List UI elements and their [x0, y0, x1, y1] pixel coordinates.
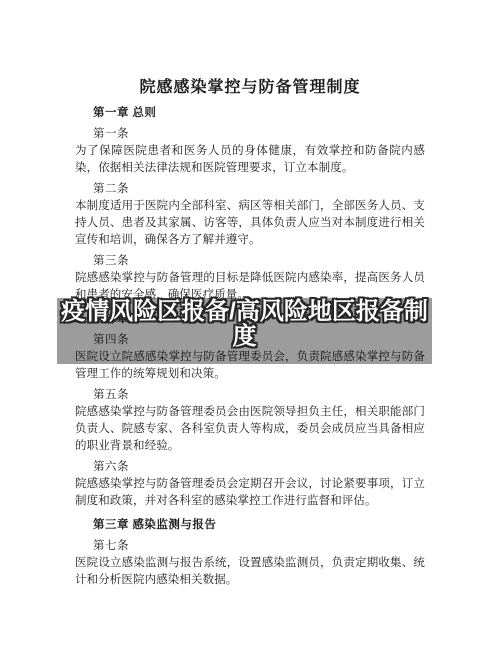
- document-title: 院感感染掌控与防备管理制度: [75, 78, 425, 98]
- article-5: 第五条 院感感染掌控与防备管理委员会由医院领导担负主任，相关职能部门负责人、院感…: [75, 387, 425, 455]
- document-content: 院感感染掌控与防备管理制度 第一章 总则 第一条 为了保障医院患者和医务人员的身…: [75, 0, 425, 589]
- chapter-heading-3: 第三章 感染监测与报告: [75, 517, 425, 534]
- watermark-banner: 疫情风险区报备/高风险地区报备制 度: [57, 298, 432, 364]
- article-1: 第一条 为了保障医院患者和医务人员的身体健康，有效掌控和防备院内感染，依据相关法…: [75, 126, 425, 177]
- article-body: 本制度适用于医院内全部科室、病区等相关部门，全部医务人员、支持人员、患者及其家属…: [75, 198, 425, 249]
- article-6: 第六条 院感感染掌控与防备管理委员会定期召开会议，讨论紧要事项，订立制度和政策，…: [75, 459, 425, 510]
- article-label: 第二条: [75, 181, 425, 198]
- article-body: 院感感染掌控与防备管理委员会定期召开会议，讨论紧要事项，订立制度和政策，并对各科…: [75, 476, 425, 510]
- article-3: 第三条 院感感染掌控与防备管理的目标是降低医院内感染率，提高医务人员和患者的安全…: [75, 253, 425, 304]
- article-label: 第五条: [75, 387, 425, 404]
- watermark-banner-text: 疫情风险区报备/高风险地区报备制 度: [57, 299, 432, 349]
- article-label: 第三条: [75, 253, 425, 270]
- article-2: 第二条 本制度适用于医院内全部科室、病区等相关部门，全部医务人员、支持人员、患者…: [75, 181, 425, 249]
- article-body: 院感感染掌控与防备管理委员会由医院领导担负主任，相关职能部门负责人、院感专家、各…: [75, 404, 425, 455]
- article-label: 第七条: [75, 538, 425, 555]
- article-7: 第七条 医院设立感染监测与报告系统，设置感染监测员，负责定期收集、统计和分析医院…: [75, 538, 425, 589]
- article-label: 第一条: [75, 126, 425, 143]
- article-body: 为了保障医院患者和医务人员的身体健康，有效掌控和防备院内感染，依据相关法律法规和…: [75, 143, 425, 177]
- article-label: 第六条: [75, 459, 425, 476]
- article-body: 医院设立感染监测与报告系统，设置感染监测员，负责定期收集、统计和分析医院内感染相…: [75, 555, 425, 589]
- document-page: 院感感染掌控与防备管理制度 第一章 总则 第一条 为了保障医院患者和医务人员的身…: [0, 0, 500, 647]
- chapter-heading-1: 第一章 总则: [75, 105, 425, 122]
- watermark-banner-line1: 疫情风险区报备/高风险地区报备制: [57, 299, 432, 324]
- watermark-banner-line2: 度: [57, 324, 432, 349]
